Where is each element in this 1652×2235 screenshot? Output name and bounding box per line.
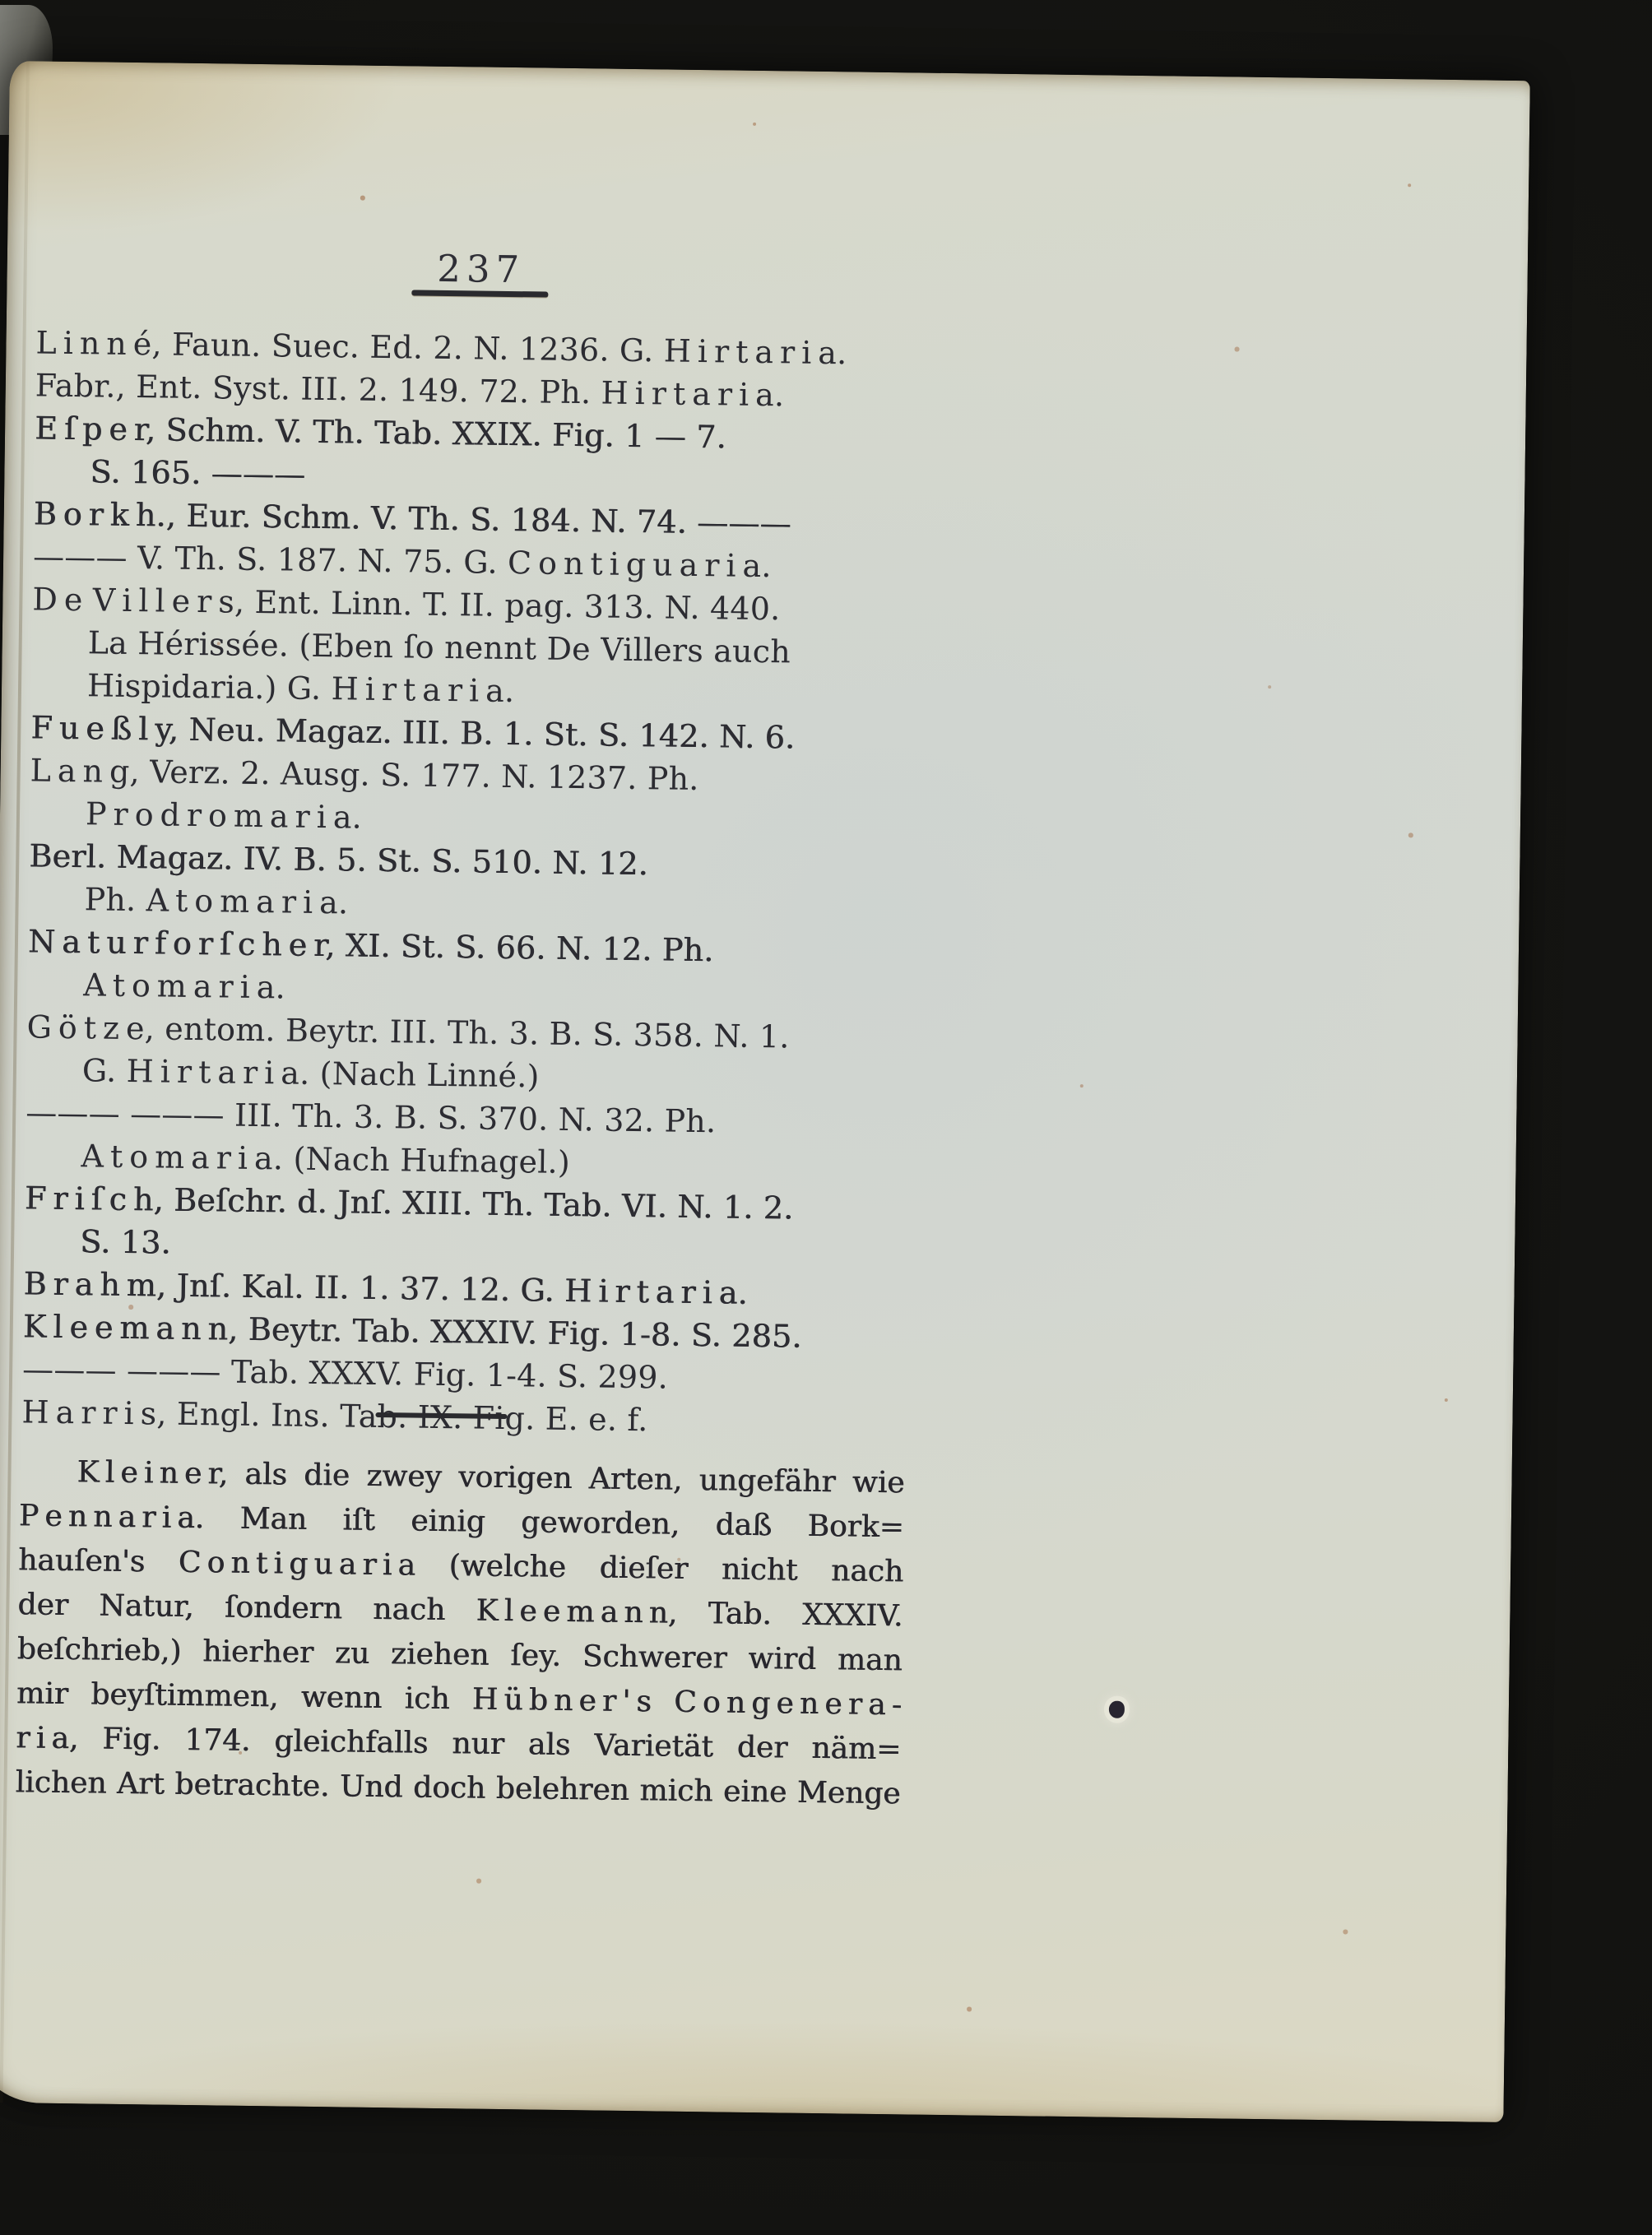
page-number: 237 <box>406 248 555 290</box>
book-page: 237 L i n n é, Faun. Suec. Ed. 2. N. 123… <box>0 61 1530 2122</box>
scanner-background: 237 L i n n é, Faun. Suec. Ed. 2. N. 123… <box>0 0 1652 2235</box>
wormhole-dot <box>1109 1701 1125 1718</box>
page-number-rule <box>411 290 548 297</box>
body-paragraph: K l e i n e r, als die zwey vorigen Arte… <box>15 1449 905 1816</box>
paper-speckles <box>10 61 12 63</box>
references-block: L i n n é, Faun. Suec. Ed. 2. N. 1236. G… <box>21 321 933 1444</box>
